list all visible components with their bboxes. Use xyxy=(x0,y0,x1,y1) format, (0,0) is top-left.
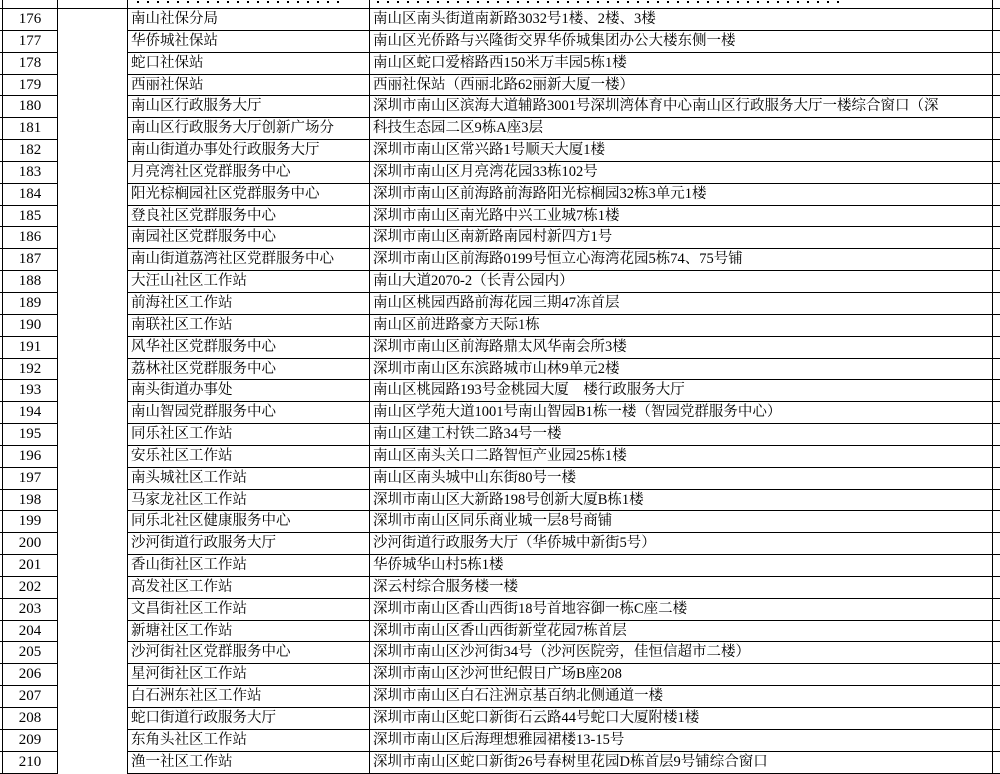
address-cell[interactable]: 沙河街道行政服务大厅（华侨城中新街5号） xyxy=(370,533,993,555)
blank-column-cell[interactable] xyxy=(58,293,128,315)
table-row: 187南山街道荔湾社区党群服务中心深圳市南山区前海路0199号恒立心海湾花园5栋… xyxy=(0,249,1000,271)
table-row: 206星河街社区工作站深圳市南山区沙河世纪假日广场B座208 xyxy=(0,664,1000,686)
address-cell[interactable]: 深圳市南山区后海理想雅园裙楼13-15号 xyxy=(370,730,993,752)
address-cell[interactable]: 南山区南头街道南新路3032号1楼、2楼、3楼 xyxy=(370,9,993,31)
blank-column-cell[interactable] xyxy=(58,53,128,75)
row-number-cell[interactable]: 202 xyxy=(3,577,58,599)
address-cell[interactable]: 南山区蛇口爱榕路西150米万丰园5栋1楼 xyxy=(370,53,993,75)
address-cell[interactable]: 深圳市南山区大新路198号创新大厦B栋1楼 xyxy=(370,490,993,512)
row-number-cell[interactable]: 195 xyxy=(3,424,58,446)
blank-column-cell[interactable] xyxy=(58,621,128,643)
row-number-cell[interactable]: 208 xyxy=(3,708,58,730)
right-edge-cell xyxy=(993,490,1000,512)
blank-column-cell[interactable] xyxy=(58,271,128,293)
row-number-cell[interactable]: 190 xyxy=(3,315,58,337)
right-edge-cell xyxy=(993,359,1000,381)
name-cell[interactable]: 荔林社区党群服务中心 xyxy=(128,359,370,381)
address-cell[interactable]: 深圳市南山区常兴路1号顺天大厦1楼 xyxy=(370,140,993,162)
name-cell[interactable]: 同乐北社区健康服务中心 xyxy=(128,511,370,533)
blank-column-cell[interactable] xyxy=(58,359,128,381)
blank-column-cell[interactable] xyxy=(58,642,128,664)
table-row: 179西丽社保站西丽社保站（西丽北路62丽新大厦一楼） xyxy=(0,75,1000,97)
blank-column-cell[interactable] xyxy=(58,9,128,31)
address-cell[interactable]: 深圳市南山区南光路中兴工业城7栋1楼 xyxy=(370,206,993,228)
right-edge-cell xyxy=(993,9,1000,31)
table-row: 209东角头社区工作站深圳市南山区后海理想雅园裙楼13-15号 xyxy=(0,730,1000,752)
address-cell[interactable]: 科技生态园二区9栋A座3层 xyxy=(370,118,993,140)
right-edge-cell xyxy=(993,424,1000,446)
address-cell[interactable]: 深圳市南山区沙河街34号（沙河医院旁，佳恒信超市二楼） xyxy=(370,642,993,664)
address-cell[interactable]: 深云村综合服务楼一楼 xyxy=(370,577,993,599)
name-cell[interactable]: 阳光棕榈园社区党群服务中心 xyxy=(128,184,370,206)
right-edge-cell xyxy=(993,708,1000,730)
name-cell[interactable]: 新塘社区工作站 xyxy=(128,621,370,643)
row-number-cell[interactable]: 201 xyxy=(3,555,58,577)
blank-column-cell[interactable] xyxy=(58,664,128,686)
table-row: 181南山区行政服务大厅创新广场分科技生态园二区9栋A座3层 xyxy=(0,118,1000,140)
table-row: 183月亮湾社区党群服务中心深圳市南山区月亮湾花园33栋102号 xyxy=(0,162,1000,184)
name-cell[interactable]: 渔一社区工作站 xyxy=(128,752,370,774)
row-number-cell[interactable]: 179 xyxy=(3,75,58,97)
name-cell[interactable]: 沙河街道行政服务大厅 xyxy=(128,533,370,555)
right-edge-cell xyxy=(993,271,1000,293)
name-cell[interactable]: 蛇口街道行政服务大厅 xyxy=(128,708,370,730)
name-cell[interactable]: 南头街道办事处 xyxy=(128,380,370,402)
address-cell[interactable]: 南山区学苑大道1001号南山智园B1栋一楼（智园党群服务中心） xyxy=(370,402,993,424)
right-edge-cell xyxy=(993,621,1000,643)
table-row: 194南山智园党群服务中心南山区学苑大道1001号南山智园B1栋一楼（智园党群服… xyxy=(0,402,1000,424)
address-cell[interactable]: 华侨城华山村5栋1楼 xyxy=(370,555,993,577)
table-row: 208蛇口街道行政服务大厅深圳市南山区蛇口新街石云路44号蛇口大厦附楼1楼 xyxy=(0,708,1000,730)
right-edge-cell xyxy=(993,752,1000,774)
row-number-cell[interactable]: 194 xyxy=(3,402,58,424)
blank-column-cell[interactable] xyxy=(58,249,128,271)
blank-column-cell[interactable] xyxy=(58,686,128,708)
row-number-cell[interactable]: 205 xyxy=(3,642,58,664)
table-row: 193南头街道办事处南山区桃园路193号金桃园大厦 楼行政服务大厅 xyxy=(0,380,1000,402)
blank-column-cell[interactable] xyxy=(58,0,128,9)
right-edge-cell xyxy=(993,31,1000,53)
address-cell[interactable]: 深圳市南山区东滨路城市山林9单元2楼 xyxy=(370,359,993,381)
name-cell[interactable]: 南头城社区工作站 xyxy=(128,468,370,490)
address-cell[interactable] xyxy=(370,0,993,9)
right-edge-cell xyxy=(993,293,1000,315)
name-cell[interactable]: 南山街道荔湾社区党群服务中心 xyxy=(128,249,370,271)
blank-column-cell[interactable] xyxy=(58,424,128,446)
table-row: 200沙河街道行政服务大厅沙河街道行政服务大厅（华侨城中新街5号） xyxy=(0,533,1000,555)
address-cell[interactable]: 深圳市南山区同乐商业城一层8号商铺 xyxy=(370,511,993,533)
row-number-cell[interactable]: 198 xyxy=(3,490,58,512)
table-row: 185登良社区党群服务中心深圳市南山区南光路中兴工业城7栋1楼 xyxy=(0,206,1000,228)
address-cell[interactable]: 西丽社保站（西丽北路62丽新大厦一楼） xyxy=(370,75,993,97)
name-cell[interactable]: 高发社区工作站 xyxy=(128,577,370,599)
address-cell[interactable]: 深圳市南山区白石注洲京基百纳北侧通道一楼 xyxy=(370,686,993,708)
right-edge-cell xyxy=(993,249,1000,271)
table-row: 178蛇口社保站南山区蛇口爱榕路西150米万丰园5栋1楼 xyxy=(0,53,1000,75)
blank-column-cell[interactable] xyxy=(58,380,128,402)
name-cell[interactable]: 白石洲东社区工作站 xyxy=(128,686,370,708)
table-row: 190南联社区工作站南山区前进路豪方天际1栋 xyxy=(0,315,1000,337)
row-number-cell[interactable]: 206 xyxy=(3,664,58,686)
name-cell[interactable]: 南联社区工作站 xyxy=(128,315,370,337)
right-edge-cell xyxy=(993,162,1000,184)
right-edge-cell xyxy=(993,533,1000,555)
blank-column-cell[interactable] xyxy=(58,337,128,359)
row-number-cell[interactable]: 192 xyxy=(3,359,58,381)
right-edge-cell xyxy=(993,315,1000,337)
address-cell[interactable]: 深圳市南山区南新路南园村新四方1号 xyxy=(370,227,993,249)
blank-column-cell[interactable] xyxy=(58,511,128,533)
table-row: 202高发社区工作站深云村综合服务楼一楼 xyxy=(0,577,1000,599)
name-cell[interactable]: 登良社区党群服务中心 xyxy=(128,206,370,228)
right-edge-cell xyxy=(993,96,1000,118)
table-row: 180南山区行政服务大厅深圳市南山区滨海大道辅路3001号深圳湾体育中心南山区行… xyxy=(0,96,1000,118)
address-cell[interactable]: 南山区光侨路与兴隆街交界华侨城集团办公大楼东侧一楼 xyxy=(370,31,993,53)
row-number-cell[interactable]: 178 xyxy=(3,53,58,75)
row-number-cell[interactable]: 183 xyxy=(3,162,58,184)
name-cell[interactable]: 文昌街社区工作站 xyxy=(128,599,370,621)
worksheet-table: 176南山社保分局南山区南头街道南新路3032号1楼、2楼、3楼177华侨城社保… xyxy=(0,0,1000,774)
table-row: 184阳光棕榈园社区党群服务中心深圳市南山区前海路前海路阳光棕榈园32栋3单元1… xyxy=(0,184,1000,206)
table-row: 186南园社区党群服务中心深圳市南山区南新路南园村新四方1号 xyxy=(0,227,1000,249)
blank-column-cell[interactable] xyxy=(58,577,128,599)
name-cell[interactable]: 南山智园党群服务中心 xyxy=(128,402,370,424)
right-edge-cell xyxy=(993,468,1000,490)
row-number-cell[interactable]: 210 xyxy=(3,752,58,774)
right-edge-cell xyxy=(993,227,1000,249)
row-number-cell[interactable]: 177 xyxy=(3,31,58,53)
row-number-cell[interactable]: 181 xyxy=(3,118,58,140)
table-row: 176南山社保分局南山区南头街道南新路3032号1楼、2楼、3楼 xyxy=(0,9,1000,31)
right-edge-cell xyxy=(993,118,1000,140)
name-cell[interactable] xyxy=(128,0,370,9)
blank-column-cell[interactable] xyxy=(58,118,128,140)
table-row: 192荔林社区党群服务中心深圳市南山区东滨路城市山林9单元2楼 xyxy=(0,359,1000,381)
clipped-text-fragment xyxy=(137,1,342,3)
row-number-cell[interactable]: 197 xyxy=(3,468,58,490)
right-edge-cell xyxy=(993,686,1000,708)
blank-column-cell[interactable] xyxy=(58,402,128,424)
name-cell[interactable]: 东角头社区工作站 xyxy=(128,730,370,752)
row-number-cell[interactable]: 180 xyxy=(3,96,58,118)
clipped-text-fragment xyxy=(377,1,847,3)
table-row: 188大汪山社区工作站南山大道2070-2（长青公园内） xyxy=(0,271,1000,293)
table-row: 177华侨城社保站南山区光侨路与兴隆街交界华侨城集团办公大楼东侧一楼 xyxy=(0,31,1000,53)
address-cell[interactable]: 南山区桃园西路前海花园三期47冻首层 xyxy=(370,293,993,315)
name-cell[interactable]: 南山区行政服务大厅 xyxy=(128,96,370,118)
blank-column-cell[interactable] xyxy=(58,599,128,621)
address-cell[interactable]: 深圳市南山区香山西街18号首地容御一栋C座二楼 xyxy=(370,599,993,621)
blank-column-cell[interactable] xyxy=(58,446,128,468)
row-number-cell[interactable]: 196 xyxy=(3,446,58,468)
right-edge-cell xyxy=(993,642,1000,664)
row-number-cell[interactable]: 182 xyxy=(3,140,58,162)
name-cell[interactable]: 安乐社区工作站 xyxy=(128,446,370,468)
row-number-cell[interactable]: 193 xyxy=(3,380,58,402)
name-cell[interactable]: 同乐社区工作站 xyxy=(128,424,370,446)
row-number-cell[interactable]: 176 xyxy=(3,9,58,31)
name-cell[interactable]: 华侨城社保站 xyxy=(128,31,370,53)
row-number-cell[interactable]: 209 xyxy=(3,730,58,752)
table-row: 203文昌街社区工作站深圳市南山区香山西街18号首地容御一栋C座二楼 xyxy=(0,599,1000,621)
right-edge-cell xyxy=(993,337,1000,359)
right-edge-cell xyxy=(993,53,1000,75)
blank-column-cell[interactable] xyxy=(58,227,128,249)
blank-column-cell[interactable] xyxy=(58,140,128,162)
name-cell[interactable]: 西丽社保站 xyxy=(128,75,370,97)
row-number-cell[interactable]: 188 xyxy=(3,271,58,293)
right-edge-cell xyxy=(993,577,1000,599)
table-row: 207白石洲东社区工作站深圳市南山区白石注洲京基百纳北侧通道一楼 xyxy=(0,686,1000,708)
address-cell[interactable]: 南山区南头关口二路智恒产业园25栋1楼 xyxy=(370,446,993,468)
address-cell[interactable]: 南山区前进路豪方天际1栋 xyxy=(370,315,993,337)
blank-column-cell[interactable] xyxy=(58,490,128,512)
right-edge-cell xyxy=(993,380,1000,402)
row-number-cell[interactable]: 204 xyxy=(3,621,58,643)
address-cell[interactable]: 深圳市南山区前海路前海路阳光棕榈园32栋3单元1楼 xyxy=(370,184,993,206)
table-row: 199同乐北社区健康服务中心深圳市南山区同乐商业城一层8号商铺 xyxy=(0,511,1000,533)
table-body: 176南山社保分局南山区南头街道南新路3032号1楼、2楼、3楼177华侨城社保… xyxy=(0,9,1000,774)
right-edge-cell xyxy=(993,446,1000,468)
blank-column-cell[interactable] xyxy=(58,162,128,184)
name-cell[interactable]: 南山街道办事处行政服务大厅 xyxy=(128,140,370,162)
name-cell[interactable]: 前海社区工作站 xyxy=(128,293,370,315)
blank-column-cell[interactable] xyxy=(58,533,128,555)
right-edge-cell xyxy=(993,664,1000,686)
row-number-cell[interactable]: 203 xyxy=(3,599,58,621)
address-cell[interactable]: 深圳市南山区蛇口新街26号春树里花园D栋首层9号铺综合窗口 xyxy=(370,752,993,774)
row-number-cell[interactable] xyxy=(3,0,58,9)
right-edge-cell xyxy=(993,0,1000,9)
name-cell[interactable]: 香山街社区工作站 xyxy=(128,555,370,577)
right-edge-cell xyxy=(993,555,1000,577)
address-cell[interactable]: 深圳市南山区香山西街新堂花园7栋首层 xyxy=(370,621,993,643)
right-edge-cell xyxy=(993,402,1000,424)
address-cell[interactable]: 深圳市南山区蛇口新街石云路44号蛇口大厦附楼1楼 xyxy=(370,708,993,730)
table-row: 205沙河街社区党群服务中心深圳市南山区沙河街34号（沙河医院旁，佳恒信超市二楼… xyxy=(0,642,1000,664)
row-number-cell[interactable]: 191 xyxy=(3,337,58,359)
clipped-row-top xyxy=(0,0,1000,9)
blank-column-cell[interactable] xyxy=(58,184,128,206)
table-row: 197南头城社区工作站南山区南头城中山东街80号一楼 xyxy=(0,468,1000,490)
blank-column-cell[interactable] xyxy=(58,468,128,490)
table-row: 191风华社区党群服务中心深圳市南山区前海路鼎太风华南会所3楼 xyxy=(0,337,1000,359)
table-row: 201香山街社区工作站华侨城华山村5栋1楼 xyxy=(0,555,1000,577)
row-number-cell[interactable]: 184 xyxy=(3,184,58,206)
blank-column-cell[interactable] xyxy=(58,315,128,337)
address-cell[interactable]: 南山区桃园路193号金桃园大厦 楼行政服务大厅 xyxy=(370,380,993,402)
address-cell[interactable]: 深圳市南山区沙河世纪假日广场B座208 xyxy=(370,664,993,686)
name-cell[interactable]: 沙河街社区党群服务中心 xyxy=(128,642,370,664)
name-cell[interactable]: 月亮湾社区党群服务中心 xyxy=(128,162,370,184)
right-edge-cell xyxy=(993,140,1000,162)
right-edge-cell xyxy=(993,184,1000,206)
name-cell[interactable]: 蛇口社保站 xyxy=(128,53,370,75)
blank-column-cell[interactable] xyxy=(58,730,128,752)
address-cell[interactable]: 南山区建工村铁二路34号一楼 xyxy=(370,424,993,446)
blank-column-cell[interactable] xyxy=(58,96,128,118)
row-number-cell[interactable]: 189 xyxy=(3,293,58,315)
table-row: 195同乐社区工作站南山区建工村铁二路34号一楼 xyxy=(0,424,1000,446)
table-row: 198马家龙社区工作站深圳市南山区大新路198号创新大厦B栋1楼 xyxy=(0,490,1000,512)
address-cell[interactable]: 南山大道2070-2（长青公园内） xyxy=(370,271,993,293)
address-cell[interactable]: 南山区南头城中山东街80号一楼 xyxy=(370,468,993,490)
blank-column-cell[interactable] xyxy=(58,206,128,228)
row-number-cell[interactable]: 186 xyxy=(3,227,58,249)
address-cell[interactable]: 深圳市南山区前海路鼎太风华南会所3楼 xyxy=(370,337,993,359)
right-edge-cell xyxy=(993,511,1000,533)
name-cell[interactable]: 南园社区党群服务中心 xyxy=(128,227,370,249)
row-number-cell[interactable]: 185 xyxy=(3,206,58,228)
blank-column-cell[interactable] xyxy=(58,708,128,730)
blank-column-cell[interactable] xyxy=(58,752,128,774)
name-cell[interactable]: 大汪山社区工作站 xyxy=(128,271,370,293)
name-cell[interactable]: 星河街社区工作站 xyxy=(128,664,370,686)
table-row: 204新塘社区工作站深圳市南山区香山西街新堂花园7栋首层 xyxy=(0,621,1000,643)
table-row: 210渔一社区工作站深圳市南山区蛇口新街26号春树里花园D栋首层9号铺综合窗口 xyxy=(0,752,1000,774)
table-row: 189前海社区工作站南山区桃园西路前海花园三期47冻首层 xyxy=(0,293,1000,315)
blank-column-cell[interactable] xyxy=(58,31,128,53)
row-number-cell[interactable]: 200 xyxy=(3,533,58,555)
right-edge-cell xyxy=(993,599,1000,621)
name-cell[interactable]: 风华社区党群服务中心 xyxy=(128,337,370,359)
blank-column-cell[interactable] xyxy=(58,75,128,97)
right-edge-cell xyxy=(993,75,1000,97)
address-cell[interactable]: 深圳市南山区前海路0199号恒立心海湾花园5栋74、75号铺 xyxy=(370,249,993,271)
address-cell[interactable]: 深圳市南山区滨海大道辅路3001号深圳湾体育中心南山区行政服务大厅一楼综合窗口（… xyxy=(370,96,993,118)
row-number-cell[interactable]: 187 xyxy=(3,249,58,271)
row-number-cell[interactable]: 199 xyxy=(3,511,58,533)
name-cell[interactable]: 马家龙社区工作站 xyxy=(128,490,370,512)
table-row: 196安乐社区工作站南山区南头关口二路智恒产业园25栋1楼 xyxy=(0,446,1000,468)
table-row: 182南山街道办事处行政服务大厅深圳市南山区常兴路1号顺天大厦1楼 xyxy=(0,140,1000,162)
address-cell[interactable]: 深圳市南山区月亮湾花园33栋102号 xyxy=(370,162,993,184)
row-number-cell[interactable]: 207 xyxy=(3,686,58,708)
right-edge-cell xyxy=(993,206,1000,228)
blank-column-cell[interactable] xyxy=(58,555,128,577)
right-edge-cell xyxy=(993,730,1000,752)
name-cell[interactable]: 南山社保分局 xyxy=(128,9,370,31)
name-cell[interactable]: 南山区行政服务大厅创新广场分 xyxy=(128,118,370,140)
